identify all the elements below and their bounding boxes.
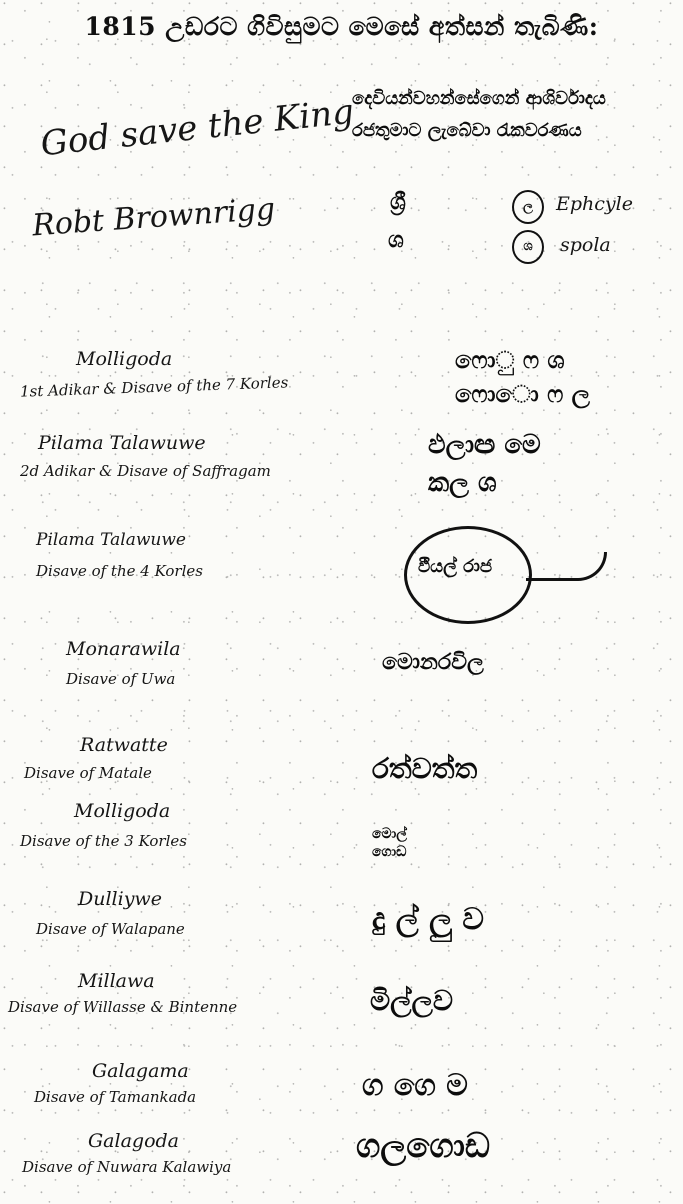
signatory-name: Pilama Talawuwe (36, 530, 186, 550)
signatory-sinhala-mark: මිල්ලව (370, 984, 453, 1018)
signatory-sinhala-mark: ඵලාඏ මෙ (428, 430, 541, 461)
signatory-sinhala-mark: ගොඩ (372, 844, 407, 860)
signatory-name: Molligoda (74, 800, 170, 822)
sinhala-motto-line-1: දෙවියන්වහන්සේගෙන් ආශිර්වාදය (352, 88, 606, 109)
signatory-name: Millawa (78, 970, 155, 992)
signatory-name: Galagama (92, 1060, 189, 1082)
signatory-title: 1st Adikar & Disave of the 7 Korles (20, 373, 289, 400)
governor-signature: Robt Brownrigg (31, 192, 276, 244)
signatory-sinhala-mark: ග ගෙ ම (362, 1068, 468, 1103)
signatory-name: Galagoda (88, 1130, 179, 1152)
signatory-sinhala-mark: දු ල් ලු ව (372, 902, 484, 937)
signatory-title: Disave of Uwa (66, 670, 175, 688)
signatory-sinhala-mark: ෆොු ෆ ශ (455, 346, 565, 374)
sinhala-motto-line-2: රජතුමාට ලැබේවා රැකවරණය (352, 120, 582, 141)
signatory-sinhala-mark: ඵියල් රාජ (418, 556, 492, 577)
signatory-sinhala-mark: මොනරවිල (382, 650, 484, 675)
side-note-2: spola (560, 234, 611, 256)
signatory-title: 2d Adikar & Disave of Saffragam (20, 462, 271, 480)
seal-tail (526, 552, 607, 581)
signatory-title: Disave of Willasse & Bintenne (8, 998, 237, 1016)
signatory-name: Molligoda (76, 348, 172, 370)
signatory-name: Dulliywe (78, 888, 162, 910)
signatory-sinhala-mark: රත්වත්ත (372, 752, 477, 786)
signatory-title: Disave of Tamankada (34, 1088, 196, 1106)
signatory-title: Disave of Matale (24, 764, 152, 782)
signatory-sinhala-mark: කල ශ (428, 468, 497, 499)
signatory-name: Ratwatte (80, 734, 168, 756)
page-title: 1815 උඩරට ගිවිසුමට මෙසේ අත්සන් තැබිණි: (0, 12, 683, 42)
signatory-sinhala-mark: මොල් (372, 826, 407, 842)
signatory-name: Monarawila (66, 638, 181, 660)
signatory-name: Pilama Talawuwe (38, 432, 206, 454)
circled-glyph-1: ල (512, 190, 544, 224)
signatory-sinhala-mark: ගලගොඩ (356, 1126, 490, 1166)
signatory-title: Disave of Nuwara Kalawiya (22, 1158, 231, 1176)
signatory-title: Disave of the 3 Korles (20, 832, 187, 850)
signatory-title: Disave of Walapane (36, 920, 185, 938)
english-motto: God save the King (39, 92, 356, 165)
seal-mark-2: ශ (388, 228, 404, 253)
signatory-title: Disave of the 4 Korles (36, 562, 203, 580)
signatory-sinhala-mark: ෆොො ෆ ල (455, 380, 590, 408)
paper-texture (0, 0, 683, 1204)
side-note-1: Ephcyle (556, 193, 633, 215)
seal-mark-1: ශ්‍රී (390, 190, 406, 215)
circled-glyph-2: ශ (512, 230, 544, 264)
